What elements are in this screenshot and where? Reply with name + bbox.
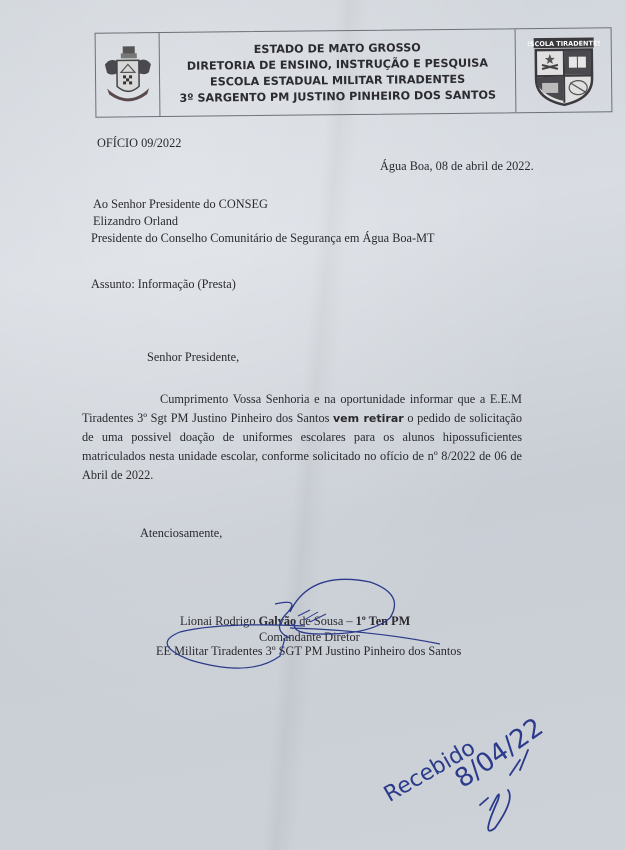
handwritten-receipt: Recebido 8/04/22 [370,690,560,840]
signatory-name: Lionai Rodrigo Galvão de Sousa – 1º Ten … [180,614,410,629]
recipient-name: Elizandro Orland [93,214,178,229]
body-emphasis: vem retirar [333,412,404,425]
svg-text:8/04/22: 8/04/22 [450,712,549,794]
letterhead-line: 3º SARGENTO PM JUSTINO PINHEIRO DOS SANT… [179,87,496,106]
coat-of-arms-icon [100,42,155,109]
document-reference: OFÍCIO 09/2022 [97,136,181,151]
letterhead-titles: ESTADO DE MATO GROSSO DIRETORIA DE ENSIN… [160,29,517,116]
closing: Atenciosamente, [140,526,222,541]
signatory-title: Comandante Diretor [259,630,360,645]
recipient-title: Presidente do Conselho Comunitário de Se… [91,231,435,246]
recipient-line: Ao Senhor Presidente do CONSEG [93,197,268,212]
salutation: Senhor Presidente, [147,350,239,365]
svg-text:ESCOLA TIRADENTES: ESCOLA TIRADENTES [527,39,600,48]
letterhead-line: ESTADO DE MATO GROSSO [254,40,421,58]
signatory-rank: 1º Ten PM [356,614,411,628]
subject-line: Assunto: Informação (Presta) [91,277,236,292]
svg-text:Recebido: Recebido [380,735,480,807]
signatory-institution: EE Militar Tiradentes 3º SGT PM Justino … [156,644,461,659]
crest-box [96,33,161,117]
school-shield-icon: ESCOLA TIRADENTES [527,34,600,107]
shield-box: ESCOLA TIRADENTES [516,28,612,112]
place-date: Água Boa, 08 de abril de 2022. [380,159,534,174]
body-paragraph: Cumprimento Vossa Senhoria e na oportuni… [82,390,522,485]
letterhead: ESTADO DE MATO GROSSO DIRETORIA DE ENSIN… [95,27,613,117]
